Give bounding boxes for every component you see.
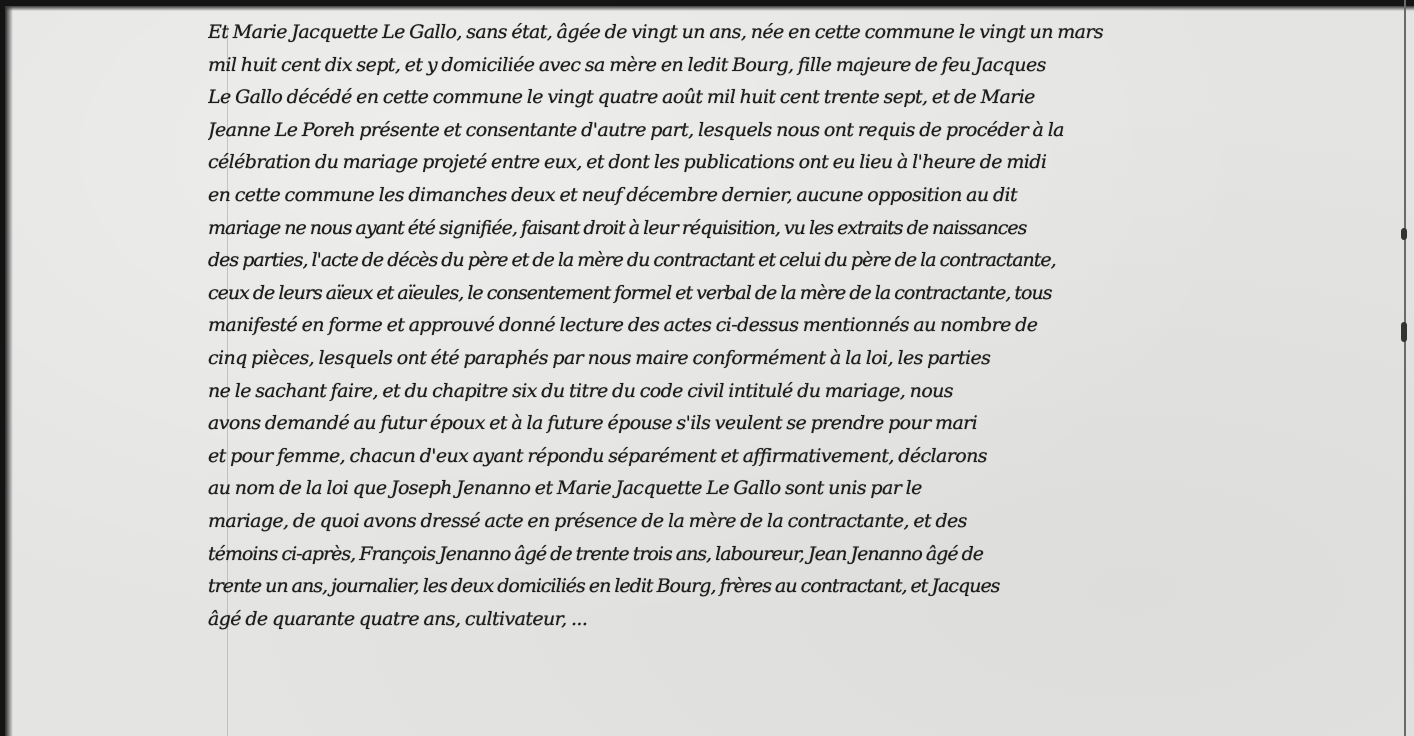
manuscript-line: manifesté en forme et approuvé donné lec… [208, 309, 1403, 342]
manuscript-line: mariage, de quoi avons dressé acte en pr… [208, 505, 1403, 538]
manuscript-line: célébration du mariage projeté entre eux… [208, 146, 1403, 179]
right-margin-rule [1404, 0, 1406, 736]
manuscript-line: Et Marie Jacquette Le Gallo, sans état, … [208, 16, 1403, 49]
handwritten-text-block: Et Marie Jacquette Le Gallo, sans état, … [208, 16, 1403, 635]
manuscript-line: ne le sachant faire, et du chapitre six … [208, 375, 1403, 408]
manuscript-line: et pour femme, chacun d'eux ayant répond… [208, 440, 1403, 473]
manuscript-line: Jeanne Le Poreh présente et consentante … [208, 114, 1403, 147]
manuscript-line: ceux de leurs aïeux et aïeules, le conse… [208, 277, 1403, 310]
manuscript-line: cinq pièces, lesquels ont été paraphés p… [208, 342, 1403, 375]
manuscript-line: trente un ans, journalier, les deux domi… [208, 570, 1403, 603]
binding-shadow [5, 6, 13, 736]
manuscript-line: témoins ci-après, François Jenanno âgé d… [208, 538, 1403, 571]
manuscript-line: des parties, l'acte de décès du père et … [208, 244, 1403, 277]
manuscript-line: âgé de quarante quatre ans, cultivateur,… [208, 603, 1403, 636]
manuscript-line: Le Gallo décédé en cette commune le ving… [208, 81, 1403, 114]
scanned-register-page: Et Marie Jacquette Le Gallo, sans état, … [0, 0, 1414, 736]
manuscript-line: au nom de la loi que Joseph Jenanno et M… [208, 472, 1403, 505]
manuscript-line: avons demandé au futur époux et à la fut… [208, 407, 1403, 440]
manuscript-line: mil huit cent dix sept, et y domiciliée … [208, 49, 1403, 82]
top-edge-shadow [5, 6, 1414, 11]
manuscript-line: mariage ne nous ayant été signifiée, fai… [208, 212, 1403, 245]
manuscript-line: en cette commune les dimanches deux et n… [208, 179, 1403, 212]
